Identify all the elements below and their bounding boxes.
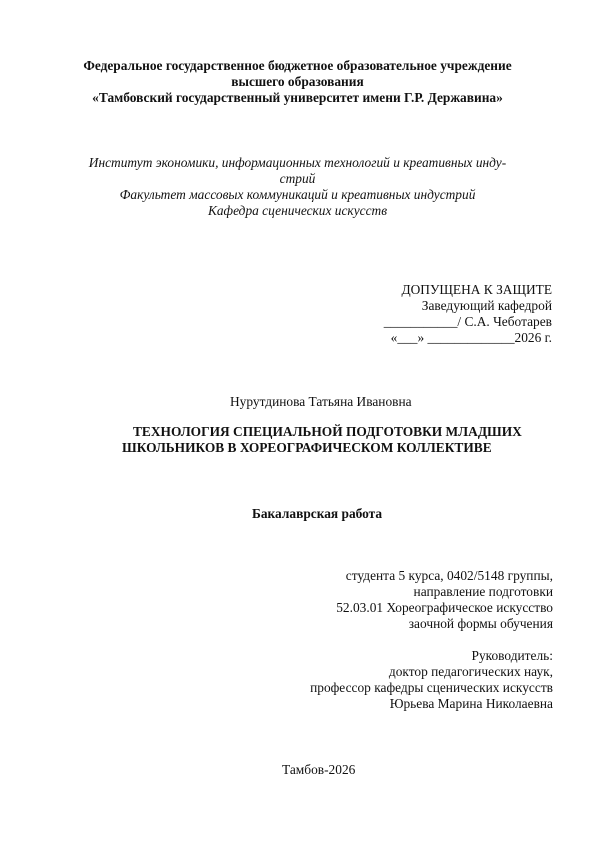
department-name: Кафедра сценических искусств [0, 203, 595, 219]
approval-signature-line: ___________/ С.А. Чеботарев [384, 314, 552, 330]
approval-position: Заведующий кафедрой [384, 298, 552, 314]
work-title-line-1: ТЕХНОЛОГИЯ СПЕЦИАЛЬНОЙ ПОДГОТОВКИ МЛАДШИ… [133, 424, 522, 440]
org-line-3: «Тамбовский государственный университет … [0, 90, 595, 106]
student-info-line-1: студента 5 курса, 0402/5148 группы, [336, 568, 553, 584]
supervisor-label: Руководитель: [310, 648, 553, 664]
author-name: Нурутдинова Татьяна Ивановна [230, 394, 412, 410]
title-page: Федеральное государственное бюджетное об… [0, 0, 595, 841]
approval-block: ДОПУЩЕНА К ЗАЩИТЕ Заведующий кафедрой __… [384, 282, 552, 346]
approval-date-line: «___» _____________2026 г. [384, 330, 552, 346]
approval-title: ДОПУЩЕНА К ЗАЩИТЕ [384, 282, 552, 298]
supervisor-block: Руководитель: доктор педагогических наук… [310, 648, 553, 712]
student-info-line-3: 52.03.01 Хореографическое искусство [336, 600, 553, 616]
org-line-2: высшего образования [0, 74, 595, 90]
student-info-block: студента 5 курса, 0402/5148 группы, напр… [336, 568, 553, 632]
work-type: Бакалаврская работа [252, 506, 382, 522]
faculty-name: Факультет массовых коммуникаций и креати… [0, 187, 595, 203]
city-year: Тамбов-2026 [282, 762, 355, 778]
student-info-line-4: заочной формы обучения [336, 616, 553, 632]
supervisor-position: профессор кафедры сценических искусств [310, 680, 553, 696]
supervisor-degree: доктор педагогических наук, [310, 664, 553, 680]
org-line-1: Федеральное государственное бюджетное об… [0, 58, 595, 74]
work-title-line-2: ШКОЛЬНИКОВ В ХОРЕОГРАФИЧЕСКОМ КОЛЛЕКТИВЕ [122, 440, 492, 456]
student-info-line-2: направление подготовки [336, 584, 553, 600]
supervisor-name: Юрьева Марина Николаевна [310, 696, 553, 712]
institute-line-1: Институт экономики, информационных техно… [0, 155, 595, 171]
institute-line-2: стрий [0, 171, 595, 187]
